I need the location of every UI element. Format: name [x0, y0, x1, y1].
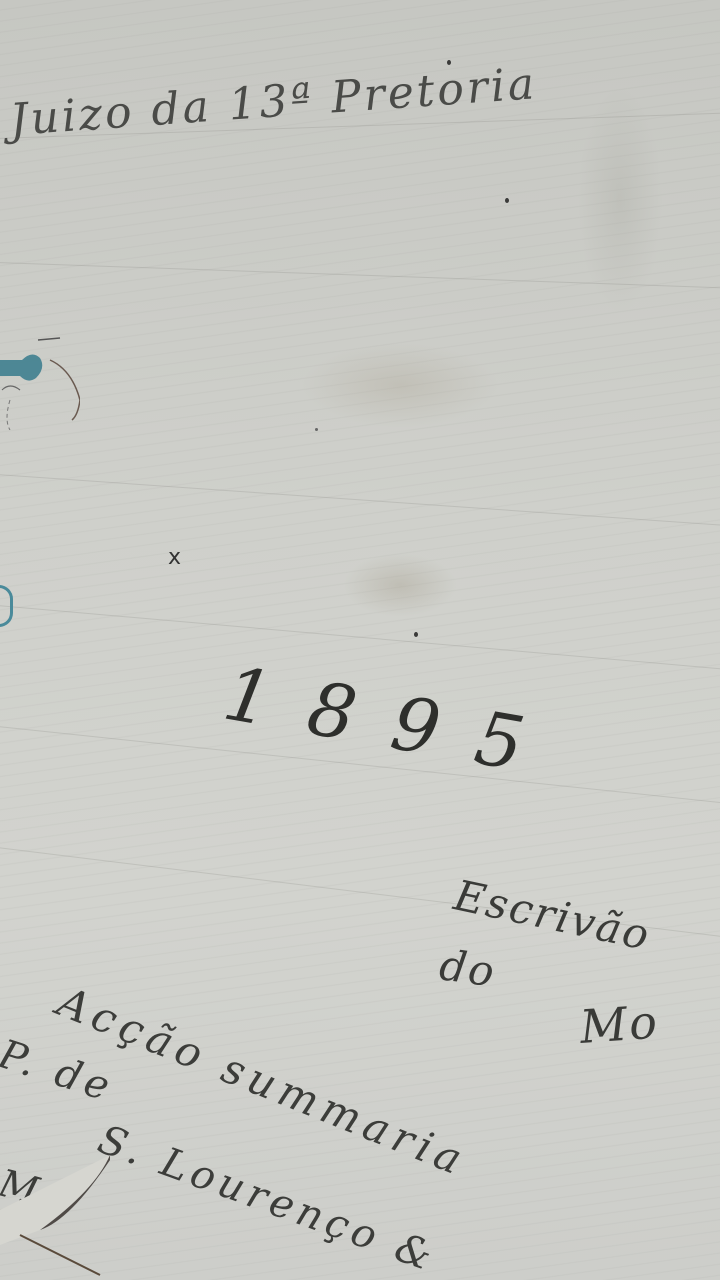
faint-ruled-line — [0, 470, 720, 534]
ink-speck — [315, 428, 318, 431]
court-heading: Juizo da 13ª Pretoria — [8, 58, 538, 146]
document-year: 1895 — [218, 651, 568, 795]
margin-mark: x — [168, 545, 181, 570]
ink-speck — [505, 198, 509, 203]
blue-stamp-edge — [0, 585, 13, 627]
ink-speck — [414, 632, 418, 637]
clerk-preposition: do — [437, 940, 499, 996]
aged-paper-page: Juizo da 13ª Pretoria x 1895 Escrivão do… — [0, 0, 720, 1280]
faint-ruled-line — [0, 600, 720, 679]
blue-stamp-fragment — [0, 320, 80, 430]
clerk-name-fragment: Mo — [578, 995, 660, 1054]
faint-ruled-line — [0, 260, 720, 292]
torn-paper-flap — [0, 1150, 120, 1280]
